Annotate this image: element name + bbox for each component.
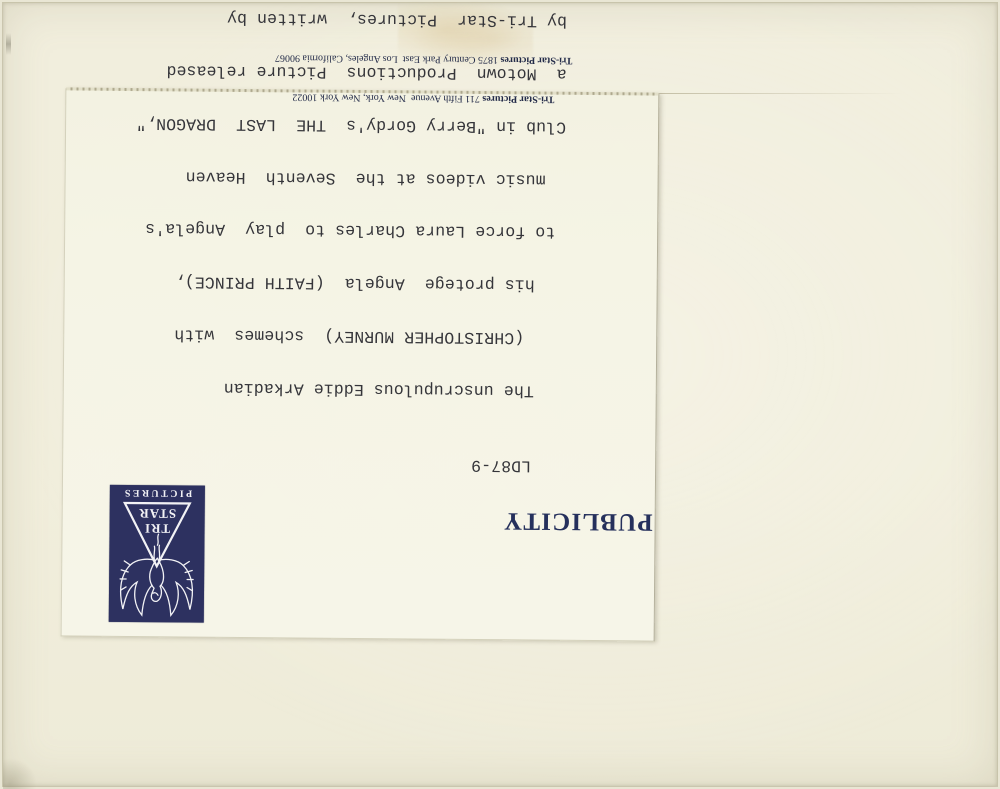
address-line-newyork: Tri-Star Pictures 711 Fifth Avenue New Y… (275, 90, 573, 106)
address-company-bold: Tri-Star Pictures (500, 54, 572, 66)
letterhead-addresses: Tri-Star Pictures 711 Fifth Avenue New Y… (274, 25, 572, 132)
address-company-bold: Tri-Star Pictures (482, 93, 554, 105)
address-line-losangeles: Tri-Star Pictures 1875 Century Park East… (275, 51, 573, 67)
logo-word-tri: TRI (144, 521, 170, 536)
caption-line: The unscrupulous Eddie Arkadian (134, 378, 564, 399)
caption-sheet: PUBLICITY LD87-9 The unscrupulous Eddie … (61, 88, 660, 641)
release-code: LD87-9 (471, 456, 531, 476)
address-line-text: 711 Fifth Avenue New York, New York 1002… (292, 91, 482, 104)
publicity-label: PUBLICITY (503, 506, 653, 535)
tristar-logo-art: TRI STAR PICTURES (109, 485, 205, 623)
caption-line: music videos at the Seventh Heaven (135, 167, 565, 188)
address-line-text: 1875 Century Park East Los Angeles, Cali… (275, 52, 501, 65)
caption-line: to force Laura Charles to play Angela's (135, 220, 565, 241)
scanned-photo-back: PUBLICITY LD87-9 The unscrupulous Eddie … (2, 2, 998, 787)
logo-word-pictures: PICTURES (122, 487, 192, 499)
caption-line: his protege Angela (FAITH PRINCE), (135, 273, 565, 294)
crease-line (658, 93, 903, 94)
scan-smudge (6, 33, 11, 55)
pegasus-icon (120, 534, 194, 616)
caption-line: (CHRISTOPHER MURNEY) schemes with (134, 325, 564, 346)
tristar-logo: TRI STAR PICTURES (109, 485, 205, 623)
logo-word-star: STAR (138, 506, 176, 521)
scan-smudge (3, 758, 37, 789)
